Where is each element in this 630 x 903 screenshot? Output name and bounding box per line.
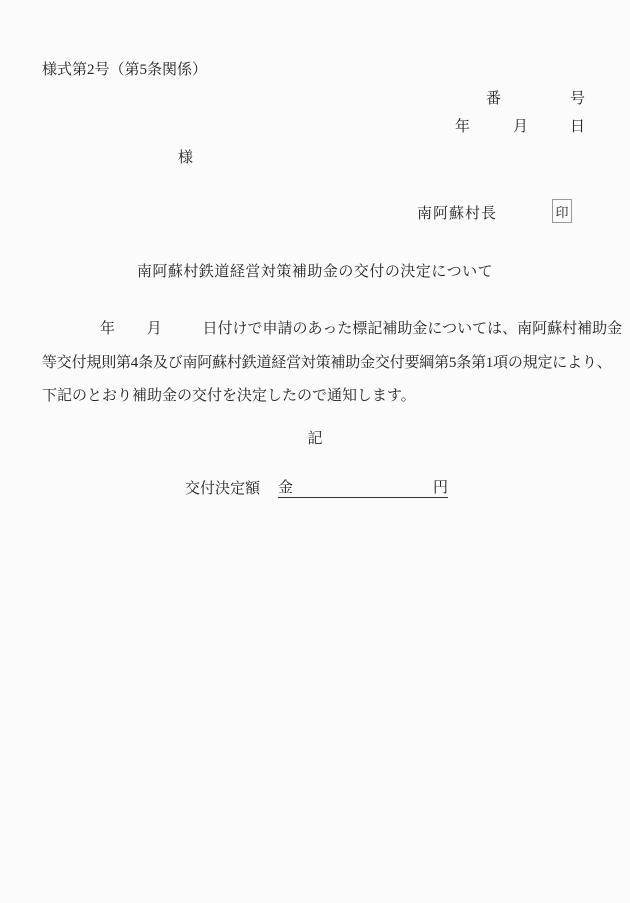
body-blank-year: 年	[42, 321, 115, 337]
grant-currency-prefix: 金	[278, 476, 293, 497]
grant-amount-label: 交付決定額	[185, 477, 260, 498]
form-number-label: 様式第2号（第5条関係）	[42, 58, 207, 79]
grant-currency-suffix: 円	[433, 476, 448, 497]
date-year-label: 年	[455, 115, 470, 136]
addressee-honorific: 様	[178, 146, 193, 167]
seal-mark: 印	[555, 202, 568, 221]
body-line-3: 下記のとおり補助金の交付を決定したので通知します。	[42, 384, 416, 405]
body-blank-month: 月	[119, 321, 162, 337]
seal-box: 印	[552, 199, 572, 223]
grant-amount-underline-field: 金 円	[278, 476, 448, 498]
subject-title: 南阿蘇村鉄道経営対策補助金の交付の決定について	[0, 260, 630, 281]
date-day-label: 日	[570, 115, 585, 136]
date-month-label: 月	[513, 115, 528, 136]
body-line-1-text: 日付けで申請のあった標記補助金については、南阿蘇村補助金	[166, 321, 623, 337]
body-line-1: 年 月 日付けで申請のあった標記補助金については、南阿蘇村補助金	[42, 317, 622, 338]
ref-number-ban: 番	[486, 87, 501, 108]
document-page: 様式第2号（第5条関係） 番 号 年 月 日 様 南阿蘇村長 印 南阿蘇村鉄道経…	[0, 0, 630, 903]
record-heading: 記	[0, 427, 630, 448]
body-line-2: 等交付規則第4条及び南阿蘇村鉄道経営対策補助金交付要綱第5条第1項の規定により、	[42, 351, 612, 372]
ref-number-go: 号	[570, 87, 585, 108]
sender-title: 南阿蘇村長	[417, 202, 497, 223]
